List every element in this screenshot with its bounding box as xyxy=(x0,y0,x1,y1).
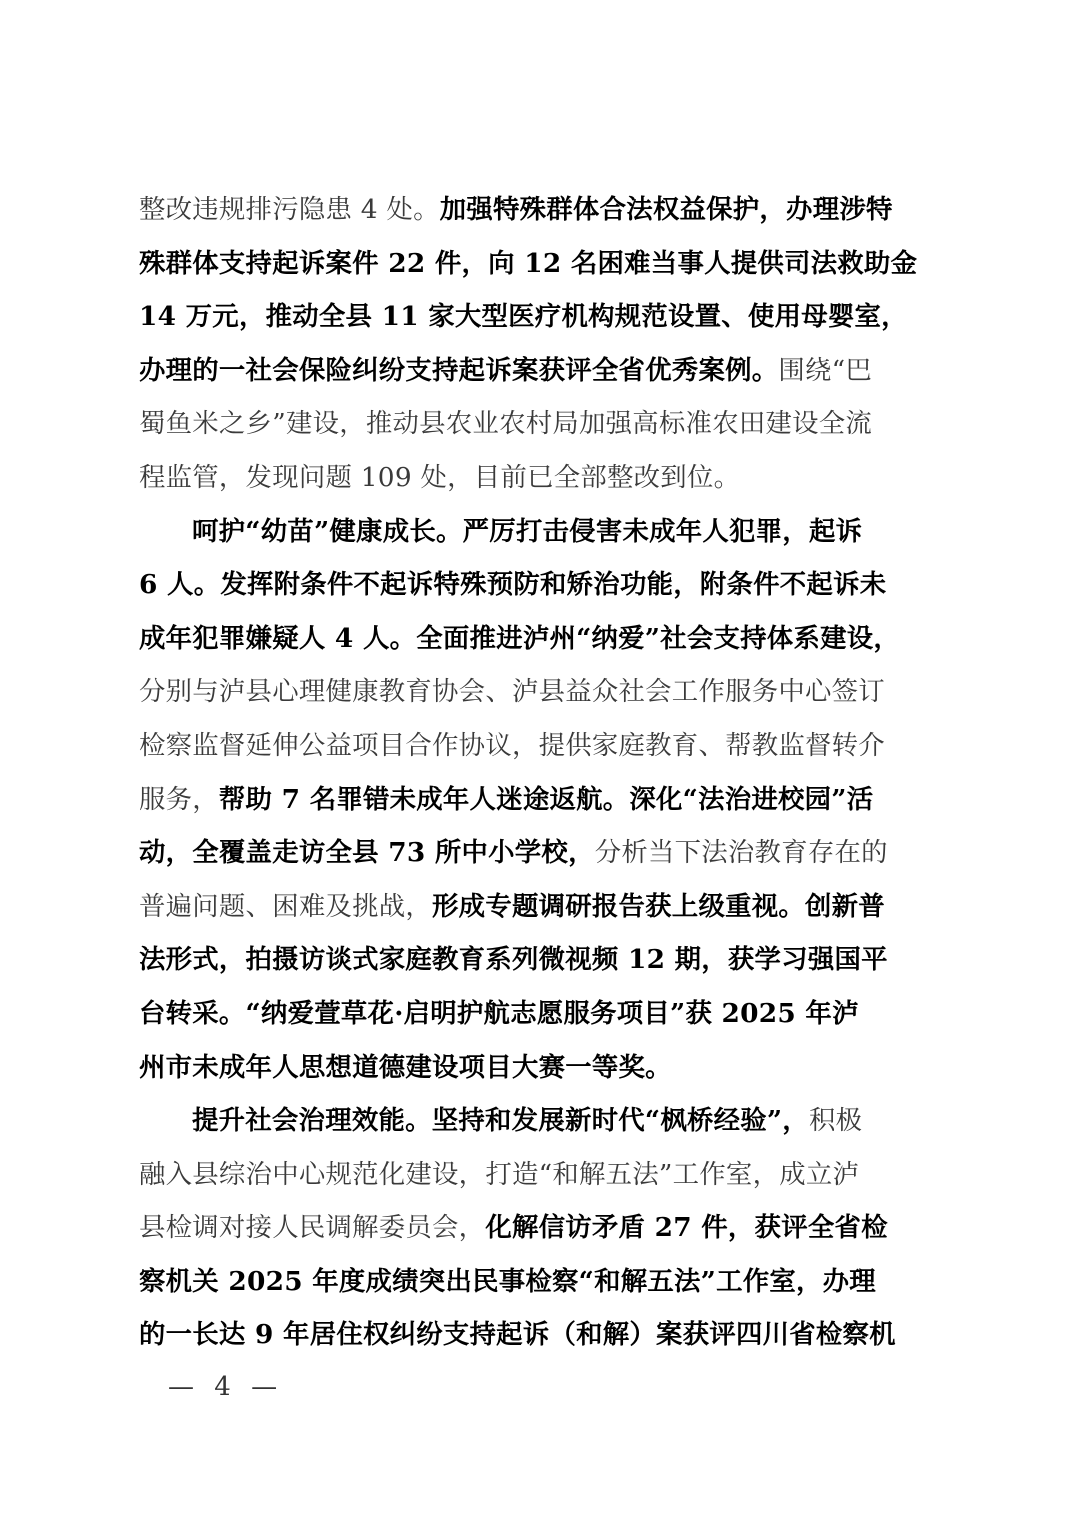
text-line: 州市未成年人思想道德建设项目大赛一等奖。 xyxy=(139,1054,939,1108)
text-run: 普遍问题、困难及挑战， xyxy=(139,891,432,922)
bold-text-run: 呵护“幼苗”健康成长。严厉打击侵害未成年人犯罪，起诉 xyxy=(192,516,862,547)
text-line: 程监管，发现问题 109 处，目前已全部整改到位。 xyxy=(139,464,939,518)
text-line: 成年犯罪嫌疑人 4 人。全面推进泸州“纳爱”社会支持体系建设， xyxy=(139,625,939,679)
text-line: 殊群体支持起诉案件 22 件，向 12 名困难当事人提供司法救助金 xyxy=(139,250,939,304)
text-run: 分析当下法治教育存在的 xyxy=(595,837,888,868)
bold-text-run: 帮助 7 名罪错未成年人迷途返航。深化“法治进校园”活 xyxy=(219,784,873,815)
page-number: — 4 — xyxy=(168,1372,283,1402)
paragraph-first-line: 提升社会治理效能。坚持和发展新时代“枫桥经验”，积极 xyxy=(139,1107,939,1161)
body-text: 整改违规排污隐患 4 处。加强特殊群体合法权益保护，办理涉特殊群体支持起诉案件 … xyxy=(139,196,939,1375)
bold-text-run: 提升社会治理效能。坚持和发展新时代“枫桥经验”， xyxy=(192,1105,809,1136)
bold-text-run: 形成专题调研报告获上级重视。创新普 xyxy=(432,891,885,922)
text-line: 察机关 2025 年度成绩突出民事检察“和解五法”工作室，办理 xyxy=(139,1268,939,1322)
bold-text-run: 成年犯罪嫌疑人 4 人。全面推进泸州“纳爱”社会支持体系建设， xyxy=(139,623,900,654)
bold-text-run: 殊群体支持起诉案件 22 件，向 12 名困难当事人提供司法救助金 xyxy=(139,248,917,279)
text-line: 融入县综治中心规范化建设，打造“和解五法”工作室，成立泸 xyxy=(139,1161,939,1215)
text-run: 整改违规排污隐患 4 处。 xyxy=(139,194,440,225)
text-line: 的一长达 9 年居住权纠纷支持起诉（和解）案获评四川省检察机 xyxy=(139,1321,939,1375)
text-line: 服务，帮助 7 名罪错未成年人迷途返航。深化“法治进校园”活 xyxy=(139,786,939,840)
text-run: 程监管，发现问题 109 处，目前已全部整改到位。 xyxy=(139,462,740,493)
text-run: 分别与泸县心理健康教育协会、泸县益众社会工作服务中心签订 xyxy=(139,676,885,707)
text-run: 县检调对接人民调解委员会， xyxy=(139,1212,485,1243)
text-run: 服务， xyxy=(139,784,219,815)
text-run: 积极 xyxy=(809,1105,862,1136)
text-line: 6 人。发挥附条件不起诉特殊预防和矫治功能，附条件不起诉未 xyxy=(139,571,939,625)
bold-text-run: 法形式，拍摄访谈式家庭教育系列微视频 12 期，获学习强国平 xyxy=(139,944,888,975)
bold-text-run: 加强特殊群体合法权益保护，办理涉特 xyxy=(440,194,893,225)
document-page: 整改违规排污隐患 4 处。加强特殊群体合法权益保护，办理涉特殊群体支持起诉案件 … xyxy=(0,0,1074,1520)
text-line: 普遍问题、困难及挑战，形成专题调研报告获上级重视。创新普 xyxy=(139,893,939,947)
bold-text-run: 台转采。“纳爱萱草花·启明护航志愿服务项目”获 2025 年泸 xyxy=(139,998,859,1029)
text-line: 县检调对接人民调解委员会，化解信访矛盾 27 件，获评全省检 xyxy=(139,1214,939,1268)
text-run: 融入县综治中心规范化建设，打造“和解五法”工作室，成立泸 xyxy=(139,1159,859,1190)
text-line: 分别与泸县心理健康教育协会、泸县益众社会工作服务中心签订 xyxy=(139,678,939,732)
text-line: 整改违规排污隐患 4 处。加强特殊群体合法权益保护，办理涉特 xyxy=(139,196,939,250)
bold-text-run: 州市未成年人思想道德建设项目大赛一等奖。 xyxy=(139,1052,672,1083)
text-line: 蜀鱼米之乡”建设，推动县农业农村局加强高标准农田建设全流 xyxy=(139,410,939,464)
text-line: 检察监督延伸公益项目合作协议，提供家庭教育、帮教监督转介 xyxy=(139,732,939,786)
text-line: 台转采。“纳爱萱草花·启明护航志愿服务项目”获 2025 年泸 xyxy=(139,1000,939,1054)
text-line: 14 万元，推动全县 11 家大型医疗机构规范设置、使用母婴室， xyxy=(139,303,939,357)
bold-text-run: 动，全覆盖走访全县 73 所中小学校， xyxy=(139,837,595,868)
text-line: 办理的一社会保险纠纷支持起诉案获评全省优秀案例。围绕“巴 xyxy=(139,357,939,411)
bold-text-run: 察机关 2025 年度成绩突出民事检察“和解五法”工作室，办理 xyxy=(139,1266,876,1297)
bold-text-run: 的一长达 9 年居住权纠纷支持起诉（和解）案获评四川省检察机 xyxy=(139,1319,896,1350)
bold-text-run: 6 人。发挥附条件不起诉特殊预防和矫治功能，附条件不起诉未 xyxy=(139,569,886,600)
text-run: 蜀鱼米之乡”建设，推动县农业农村局加强高标准农田建设全流 xyxy=(139,408,872,439)
paragraph-first-line: 呵护“幼苗”健康成长。严厉打击侵害未成年人犯罪，起诉 xyxy=(139,518,939,572)
text-run: 围绕“巴 xyxy=(778,355,872,386)
bold-text-run: 办理的一社会保险纠纷支持起诉案获评全省优秀案例。 xyxy=(139,355,778,386)
bold-text-run: 14 万元，推动全县 11 家大型医疗机构规范设置、使用母婴室， xyxy=(139,301,908,332)
text-line: 动，全覆盖走访全县 73 所中小学校，分析当下法治教育存在的 xyxy=(139,839,939,893)
text-run: 检察监督延伸公益项目合作协议，提供家庭教育、帮教监督转介 xyxy=(139,730,885,761)
text-line: 法形式，拍摄访谈式家庭教育系列微视频 12 期，获学习强国平 xyxy=(139,946,939,1000)
bold-text-run: 化解信访矛盾 27 件，获评全省检 xyxy=(485,1212,887,1243)
